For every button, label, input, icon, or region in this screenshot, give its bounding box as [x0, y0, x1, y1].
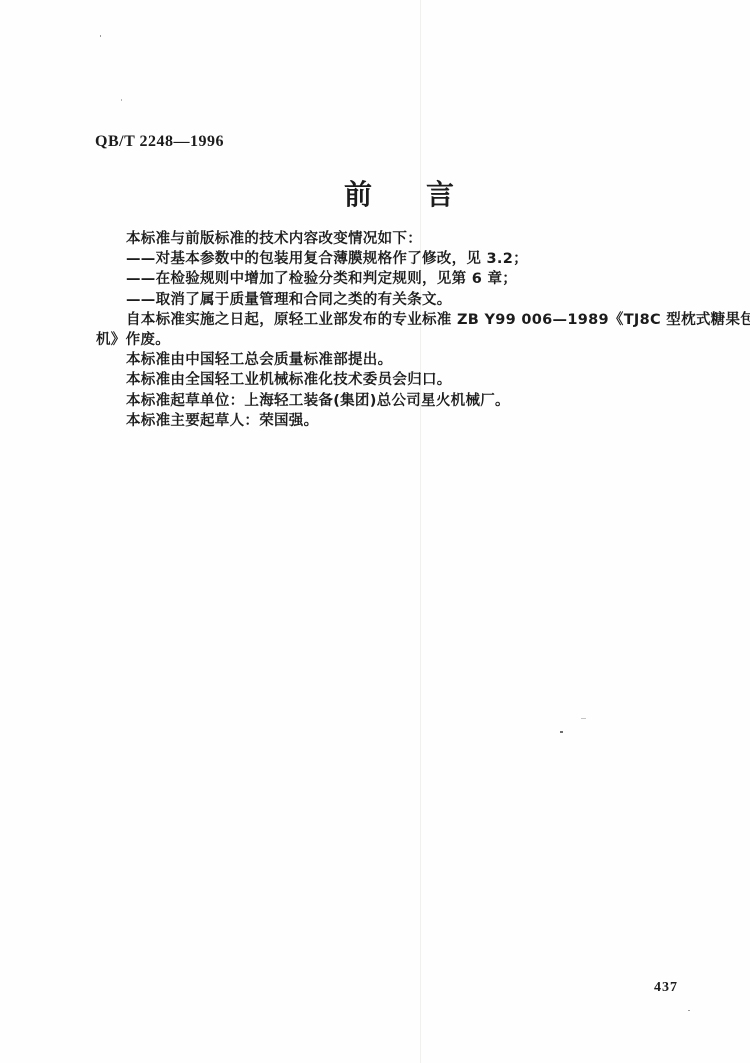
- foreword-line: 本标准由中国轻工总会质量标准部提出。: [96, 350, 697, 370]
- foreword-line: ——在检验规则中增加了检验分类和判定规则，见第 6 章；: [96, 269, 697, 289]
- page-number: 437: [654, 980, 678, 996]
- page-title-char-1: 前: [344, 181, 372, 209]
- scanned-page: QB/T 2248—1996 前 言 本标准与前版标准的技术内容改变情况如下： …: [0, 0, 750, 1063]
- foreword-line: 本标准由全国轻工业机械标准化技术委员会归口。: [96, 370, 697, 390]
- scan-speck: [581, 718, 586, 719]
- scan-fold-line: [420, 0, 421, 1063]
- standard-code: QB/T 2248—1996: [95, 133, 224, 151]
- foreword-line: 本标准与前版标准的技术内容改变情况如下：: [96, 229, 697, 249]
- foreword-line: 本标准主要起草人：荣国强。: [96, 411, 697, 431]
- page-title-char-2: 言: [426, 181, 454, 209]
- scan-speck: [688, 1010, 690, 1011]
- foreword-line: ——取消了属于质量管理和合同之类的有关条文。: [96, 290, 697, 310]
- foreword-line: 机》作废。: [96, 330, 697, 350]
- foreword-body: 本标准与前版标准的技术内容改变情况如下： ——对基本参数中的包装用复合薄膜规格作…: [96, 229, 697, 431]
- page-title: 前 言: [344, 181, 454, 209]
- foreword-line: 本标准起草单位：上海轻工装备(集团)总公司星火机械厂。: [96, 391, 697, 411]
- scan-speck: [100, 35, 101, 37]
- scan-speck: [560, 731, 563, 733]
- foreword-line: ——对基本参数中的包装用复合薄膜规格作了修改，见 3.2；: [96, 249, 697, 269]
- scan-speck: [121, 99, 122, 101]
- foreword-line: 自本标准实施之日起，原轻工业部发布的专业标准 ZB Y99 006—1989《T…: [96, 310, 697, 330]
